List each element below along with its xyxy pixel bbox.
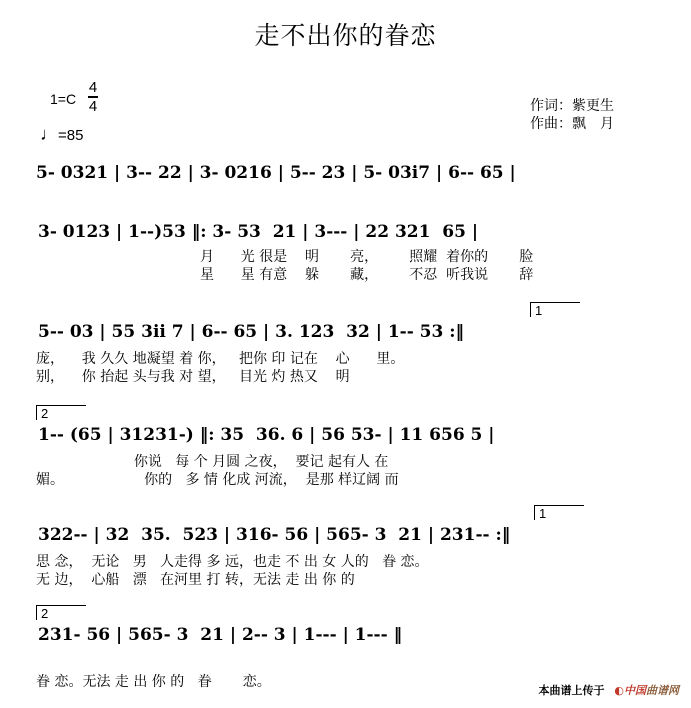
lyricist: 作词：紫更生 bbox=[530, 97, 614, 115]
lyrics-verse-1: 庞， 我 久久 地凝望 着 你， 把你 印 记在 心 里。 bbox=[36, 348, 404, 368]
composer: 作曲：飘 月 bbox=[530, 115, 614, 133]
tempo-marking: ♩=85 bbox=[40, 124, 83, 145]
quarter-note-icon: ♩ bbox=[40, 124, 58, 144]
lyrics-verse-1: 思 念， 无论 男 人走得 多 远，也走 不 出 女 人的 眷 恋。 bbox=[36, 551, 429, 571]
notation: 3- 0123 | 1--)53 ‖: 3- 53 21 | 3--- | 22… bbox=[38, 222, 478, 242]
lyrics-verse-1: 月 光 很是 明 亮， 照耀 着你的 脸 bbox=[200, 246, 533, 266]
time-denominator: 4 bbox=[88, 99, 98, 114]
notation: 1-- (65 | 31231-) ‖: 35 36. 6 | 56 53- |… bbox=[38, 425, 495, 445]
notation: 231- 56 | 565- 3 21 | 2-- 3 | 1--- | 1--… bbox=[38, 625, 402, 645]
lyrics-verse-2: 无 边， 心船 漂 在河里 打 转，无法 走 出 你 的 bbox=[36, 569, 355, 589]
credits: 作词：紫更生 作曲：飘 月 bbox=[530, 97, 614, 133]
notation: 5-- 03 | 55 3ii 7 | 6-- 65 | 3. 123 32 |… bbox=[38, 322, 464, 342]
time-numerator: 4 bbox=[88, 80, 98, 95]
lyrics-verse-2: 星 星 有意 躲 藏， 不忍 听我说 辞 bbox=[200, 264, 533, 284]
song-title: 走不出你的眷恋 bbox=[0, 16, 691, 52]
volta-bracket: 2 bbox=[36, 405, 86, 420]
volta-bracket: 1 bbox=[534, 505, 584, 520]
notation: 5- 0321 | 3-- 22 | 3- 0216 | 5-- 23 | 5-… bbox=[36, 163, 516, 183]
site-logo[interactable]: ◐中国曲谱网 bbox=[614, 684, 679, 697]
lyrics-verse-2: 别， 你 抬起 头与我 对 望， 目光 灼 热又 明 bbox=[36, 366, 350, 386]
notation: 322-- | 32 35. 523 | 316- 56 | 565- 3 21… bbox=[38, 525, 510, 545]
tempo-value: =85 bbox=[58, 127, 83, 144]
logo-icon: ◐ bbox=[614, 684, 624, 697]
lyrics-verse-1: 你说 每 个 月圆 之夜， 要记 起有人 在 bbox=[36, 451, 388, 471]
upload-text: 本曲谱上传于 bbox=[539, 684, 605, 697]
key-signature: 1=C bbox=[50, 91, 76, 107]
time-signature: 4 4 bbox=[88, 80, 98, 114]
upload-footer: 本曲谱上传于 ◐中国曲谱网 bbox=[539, 682, 679, 698]
lyrics-verse-2: 媚。 你的 多 情 化成 河流， 是那 样辽阔 而 bbox=[36, 469, 399, 489]
lyrics-verse-1: 眷 恋。无法 走 出 你 的 眷 恋。 bbox=[36, 671, 271, 691]
volta-bracket: 1 bbox=[530, 302, 580, 317]
volta-bracket: 2 bbox=[36, 605, 86, 620]
